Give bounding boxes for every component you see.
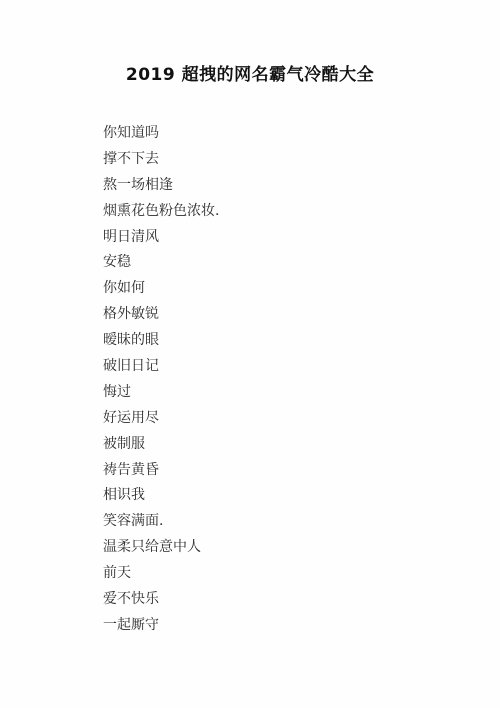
list-item: 笑容满面. (103, 509, 219, 535)
list-item: 好运用尽 (103, 406, 219, 432)
list-item: 你知道吗 (103, 121, 219, 147)
list-item: 一起厮守 (103, 613, 219, 639)
list-item: 明日清风 (103, 225, 219, 251)
list-item: 格外敏锐 (103, 302, 219, 328)
list-item: 前天 (103, 561, 219, 587)
list-item: 熬一场相逢 (103, 173, 219, 199)
list-item: 你如何 (103, 276, 219, 302)
list-item: 悔过 (103, 380, 219, 406)
list-item: 温柔只给意中人 (103, 535, 219, 561)
list-item: 被制服 (103, 432, 219, 458)
list-item: 祷告黄昏 (103, 458, 219, 484)
list-item: 撑不下去 (103, 147, 219, 173)
list-item: 烟熏花色粉色浓妆. (103, 199, 219, 225)
document-page: 2019 超拽的网名霸气冷酷大全 你知道吗 撑不下去 熬一场相逢 烟熏花色粉色浓… (0, 0, 500, 708)
nickname-list: 你知道吗 撑不下去 熬一场相逢 烟熏花色粉色浓妆. 明日清风 安稳 你如何 格外… (103, 121, 219, 639)
list-item: 破旧日记 (103, 354, 219, 380)
document-title: 2019 超拽的网名霸气冷酷大全 (0, 63, 500, 87)
list-item: 安稳 (103, 250, 219, 276)
list-item: 爱不快乐 (103, 587, 219, 613)
list-item: 相识我 (103, 483, 219, 509)
list-item: 暧昧的眼 (103, 328, 219, 354)
